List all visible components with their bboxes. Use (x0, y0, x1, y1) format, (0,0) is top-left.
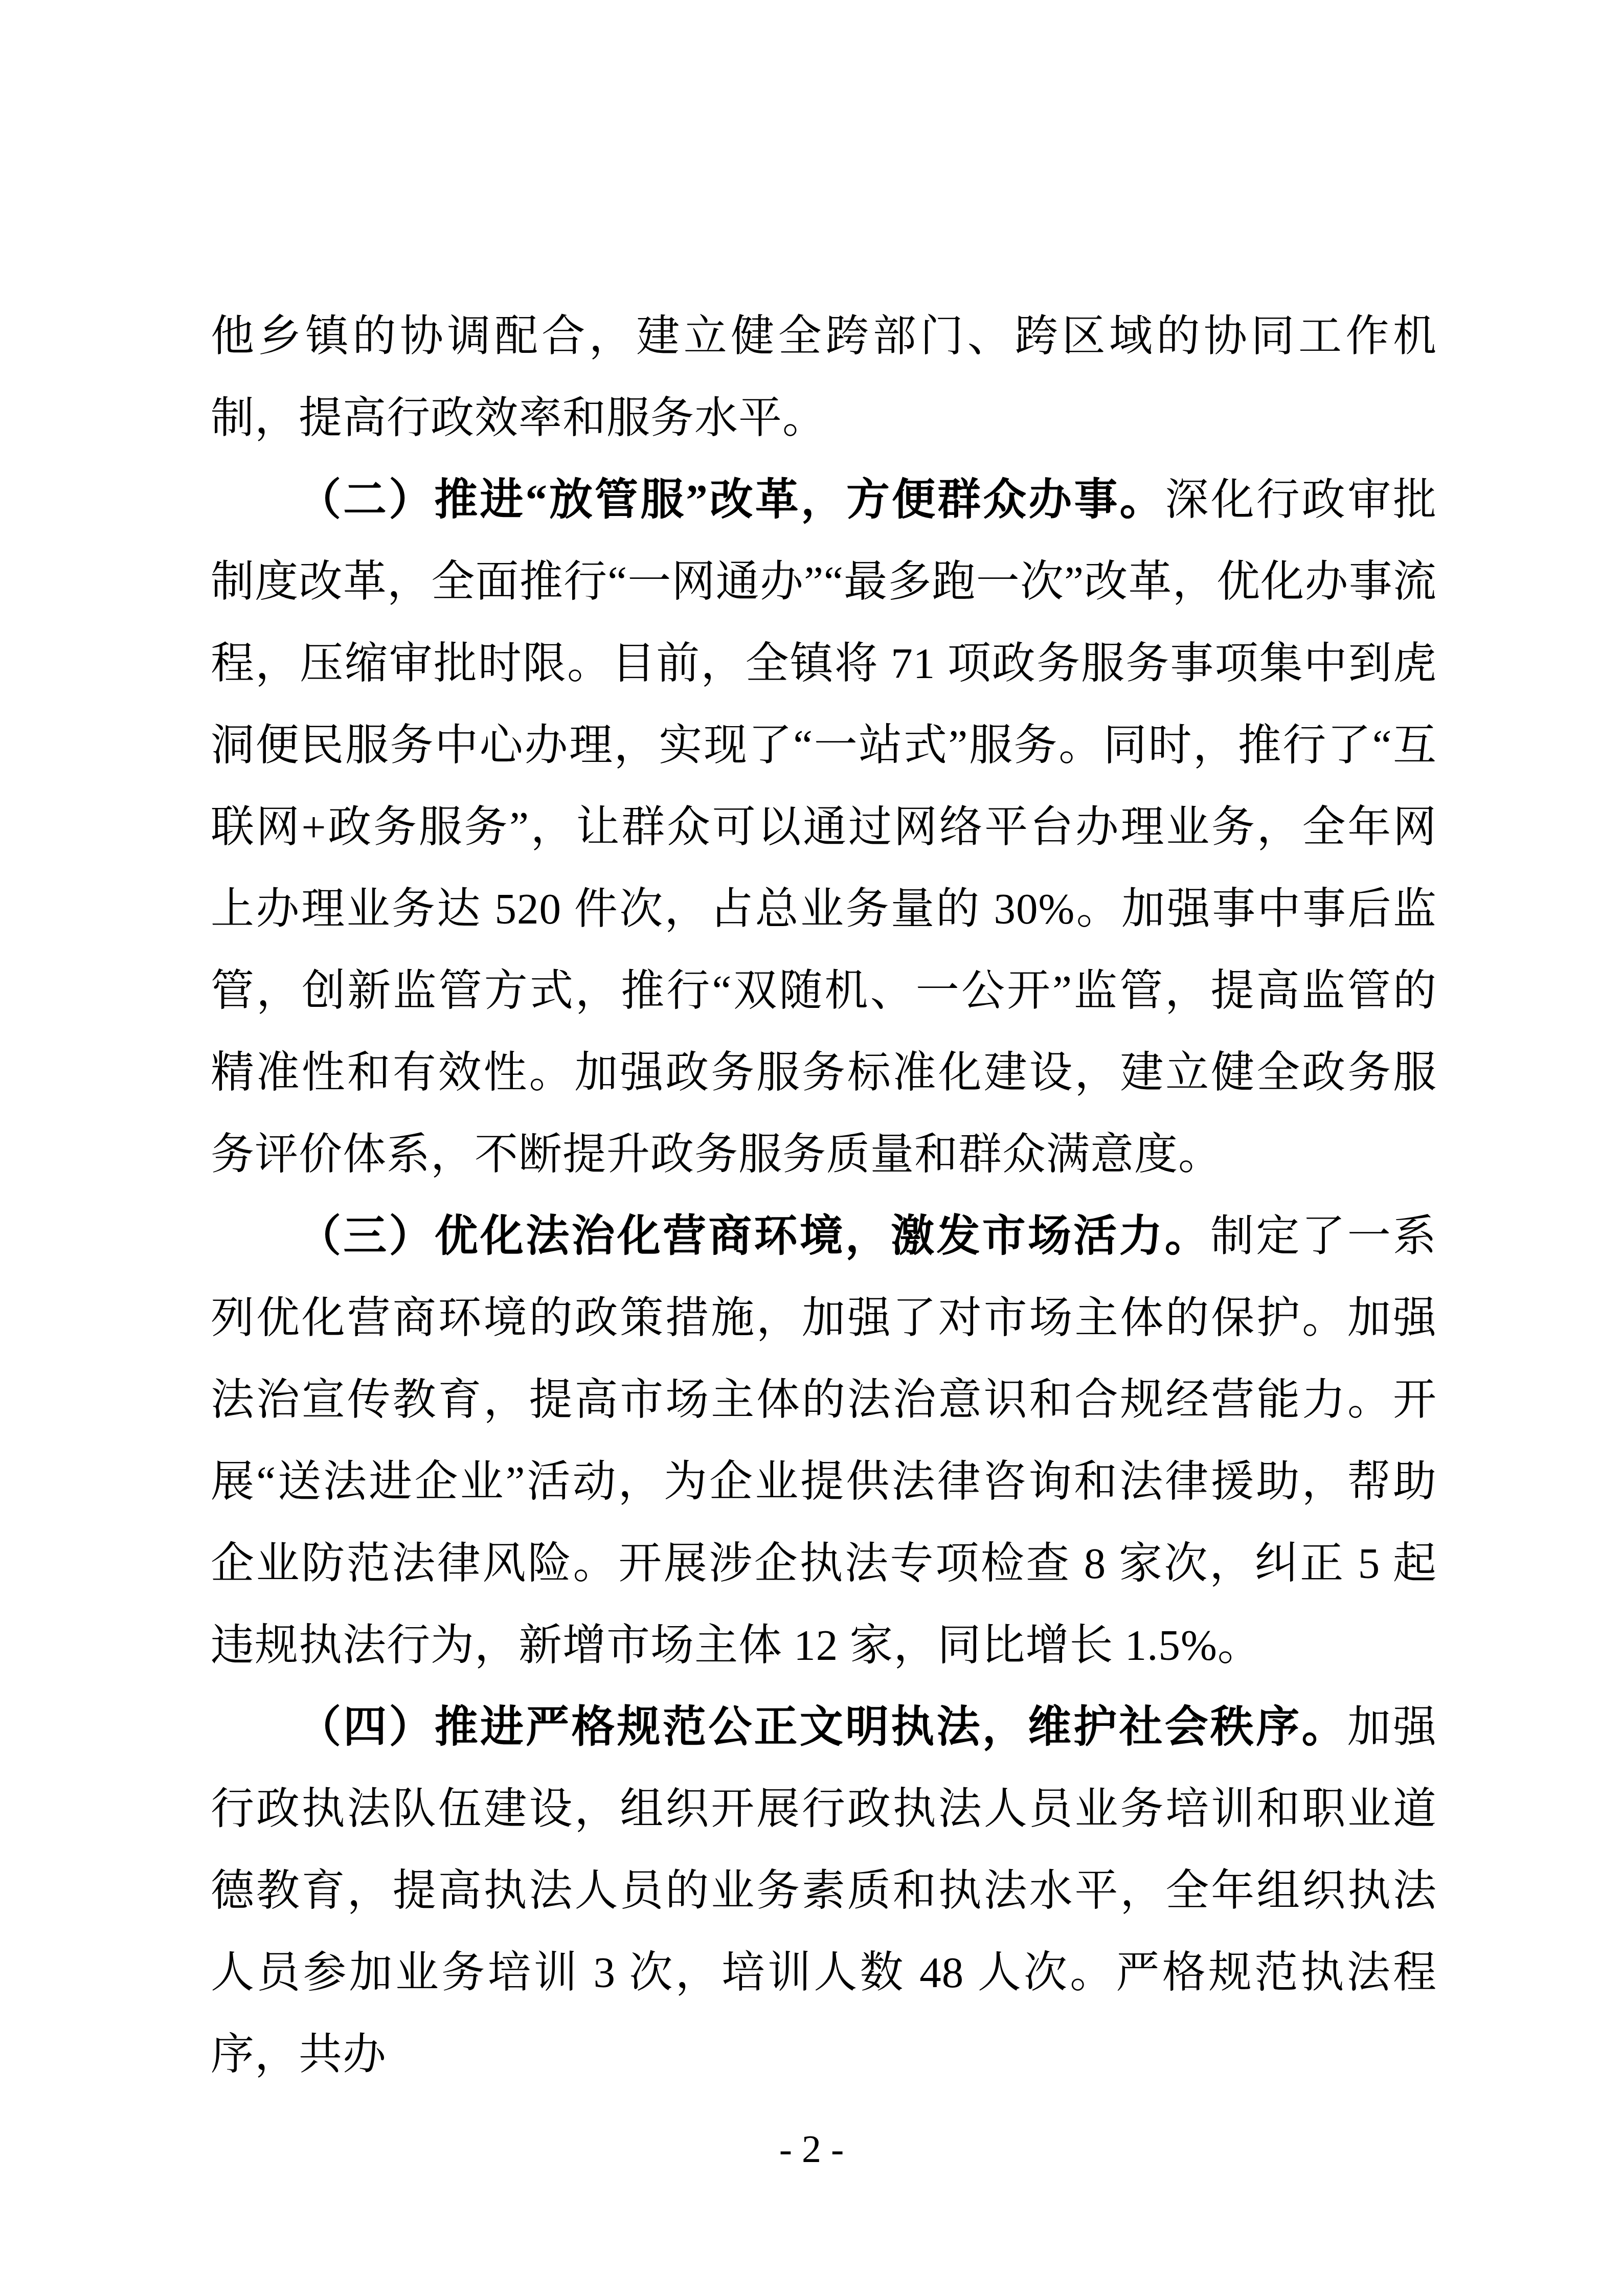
document-page: 他乡镇的协调配合，建立健全跨部门、跨区域的协同工作机制，提高行政效率和服务水平。… (0, 0, 1623, 2296)
heading-run: （二）推进“放管服”改革，方便群众办事。 (298, 476, 1165, 524)
document-body: 他乡镇的协调配合，建立健全跨部门、跨区域的协同工作机制，提高行政效率和服务水平。… (211, 296, 1437, 2096)
text-run: 他乡镇的协调配合，建立健全跨部门、跨区域的协同工作机制，提高行政效率和服务水平。 (211, 312, 1437, 442)
heading-run: （四）推进严格规范公正文明执法，维护社会秩序。 (298, 1703, 1347, 1751)
heading-run: （三）优化法治化营商环境，激发市场活力。 (298, 1212, 1210, 1260)
paragraph: 他乡镇的协调配合，建立健全跨部门、跨区域的协同工作机制，提高行政效率和服务水平。 (211, 296, 1437, 459)
paragraph: （二）推进“放管服”改革，方便群众办事。深化行政审批制度改革，全面推行“一网通办… (211, 459, 1437, 1196)
paragraph: （三）优化法治化营商环境，激发市场活力。制定了一系列优化营商环境的政策措施，加强… (211, 1196, 1437, 1686)
text-run: 制定了一系列优化营商环境的政策措施，加强了对市场主体的保护。加强法治宣传教育，提… (211, 1212, 1437, 1670)
text-run: 加强行政执法队伍建设，组织开展行政执法人员业务培训和职业道德教育，提高执法人员的… (211, 1703, 1437, 2079)
paragraph: （四）推进严格规范公正文明执法，维护社会秩序。加强行政执法队伍建设，组织开展行政… (211, 1686, 1437, 2096)
text-run: 深化行政审批制度改革，全面推行“一网通办”“最多跑一次”改革，优化办事流程，压缩… (211, 476, 1437, 1179)
page-number: - 2 - (0, 2126, 1623, 2172)
